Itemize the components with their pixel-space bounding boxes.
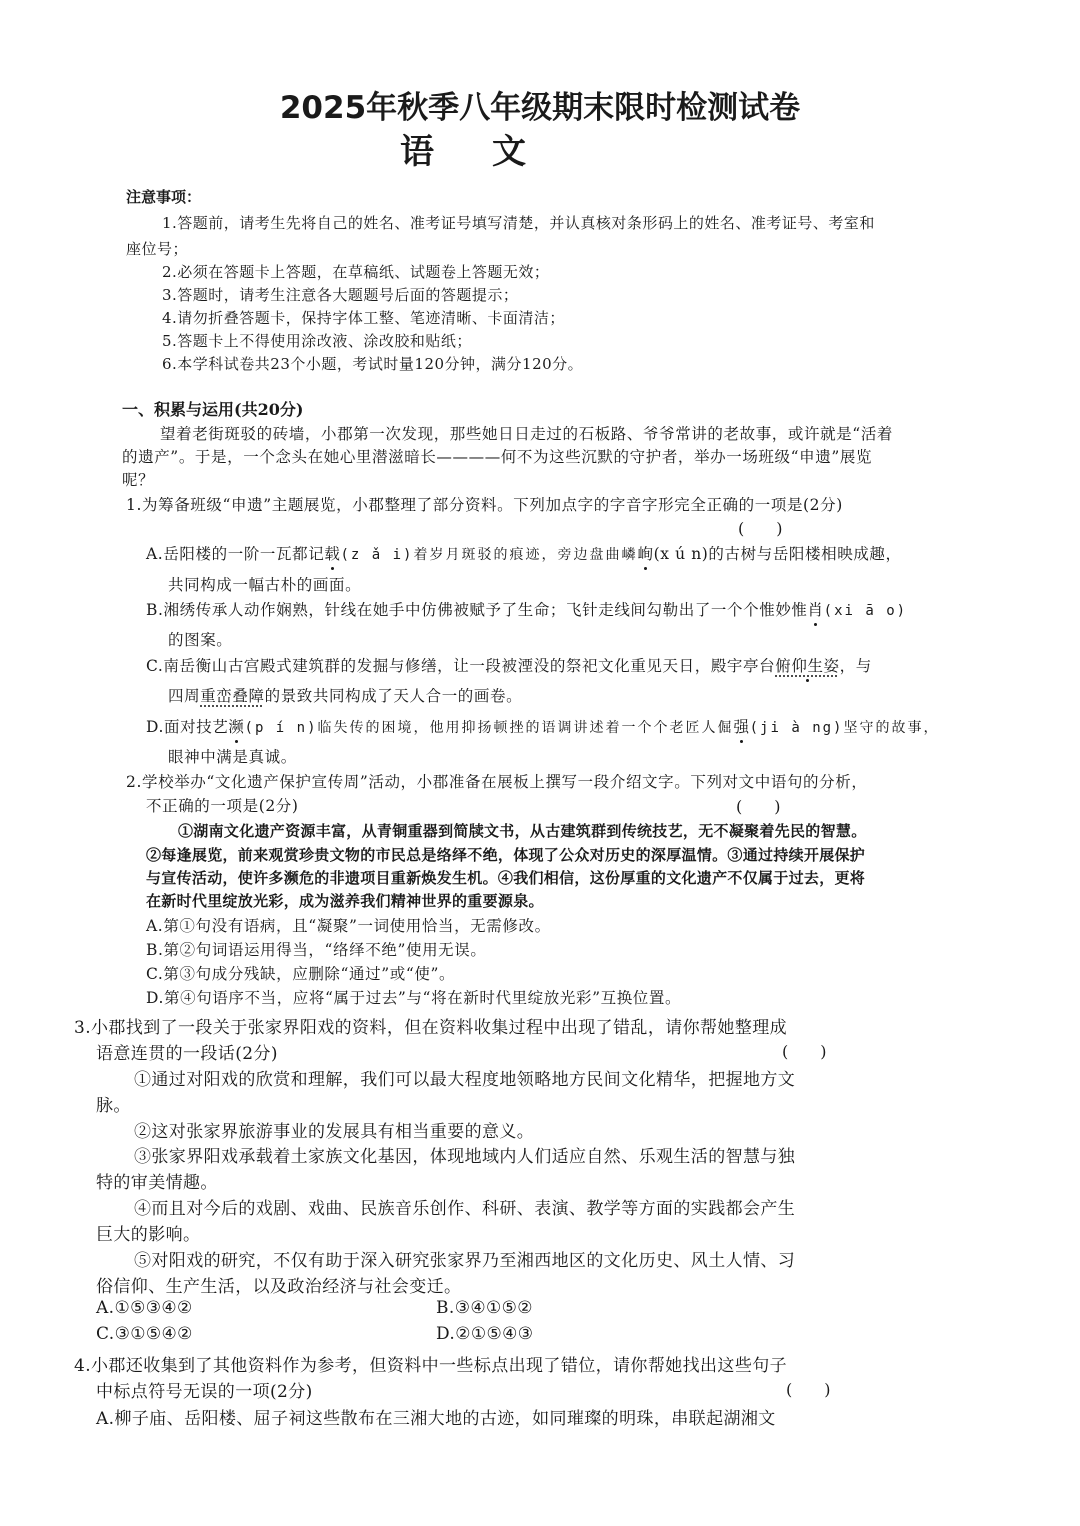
- q3-sentence-5-cont: 俗信仰、生产生活，以及政治经济与社会变迁。: [96, 1272, 461, 1297]
- q1-option-b-cont: 的图案。: [168, 628, 232, 650]
- q1-stem: 1.为筹备班级“申遗”主题展览，小郡整理了部分资料。下列加点字的字音字形完全正确…: [126, 493, 843, 515]
- q1-option-d: D.面对技艺濒(p í n)临失传的困境，他用抑扬顿挫的语调讲述着一个个老匠人倔…: [146, 715, 939, 737]
- intro-line-3: 呢？: [122, 468, 154, 490]
- q1-option-a-cont: 共同构成一幅古朴的画面。: [168, 573, 361, 595]
- dotted-char: 峋: [637, 542, 653, 564]
- subject-title: 语文: [400, 124, 526, 173]
- q3-sentence-5: ⑤对阳戏的研究，不仅有助于深入研究张家界乃至湘西地区的文化历史、风土人情、习: [134, 1246, 795, 1271]
- intro-line-2: 的遗产”。于是，一个念头在她心里潜滋暗长————何不为这些沉默的守护者，举办一场…: [122, 445, 872, 467]
- section-heading: 一、积累与运用(共20分): [122, 397, 303, 420]
- dotted-chars: 重峦叠障: [200, 687, 264, 705]
- notice-item-1-cont: 座位号；: [126, 238, 188, 259]
- q3-option-a: A.①⑤③④②: [96, 1298, 193, 1318]
- q4-stem: 4.小郡还收集到了其他资料作为参考，但资料中一些标点出现了错位，请你帮她找出这些…: [74, 1351, 787, 1376]
- q2-option-d: D.第④句语序不当，应将“属于过去”与“将在新时代里绽放光彩”互换位置。: [146, 986, 681, 1008]
- subject-char-2: 文: [492, 124, 526, 173]
- q2-stem-cont: 不正确的一项是(2分): [146, 794, 299, 816]
- notice-heading: 注意事项：: [126, 186, 201, 207]
- q1-option-d-cont: 眼神中满是真诚。: [168, 745, 297, 767]
- q4-answer-paren[interactable]: ( ): [786, 1377, 831, 1400]
- notice-item-1: 1.答题前，请考生先将自己的姓名、准考证号填写清楚，并认真核对条形码上的姓名、准…: [162, 212, 875, 233]
- q2-passage-line-2: ②每逢展览，前来观赏珍贵文物的市民总是络绎不绝，体现了公众对历史的深厚温情。③通…: [146, 844, 865, 865]
- q3-stem-cont: 语意连贯的一段话(2分): [96, 1039, 278, 1064]
- q2-stem: 2.学校举办“文化遗产保护宣传周”活动，小郡准备在展板上撰写一段介绍文字。下列对…: [126, 770, 867, 792]
- dotted-char: 濒: [228, 715, 244, 737]
- dotted-char: 载: [324, 542, 340, 564]
- q2-option-b: B.第②句词语运用得当，“络绎不绝”使用无误。: [146, 938, 486, 960]
- dotted-char: 强: [734, 715, 750, 737]
- q3-option-c: C.③①⑤④②: [96, 1324, 193, 1344]
- q1-answer-paren[interactable]: ( ): [738, 516, 783, 539]
- q3-stem: 3.小郡找到了一段关于张家界阳戏的资料，但在资料收集过程中出现了错乱，请你帮她整…: [74, 1013, 787, 1038]
- subject-char-1: 语: [400, 124, 434, 173]
- q4-option-a: A.柳子庙、岳阳楼、屈子祠这些散布在三湘大地的古迹，如同璀璨的明珠，串联起湖湘文: [96, 1404, 776, 1429]
- q1-option-c-cont: 四周重峦叠障的景致共同构成了天人合一的画卷。: [168, 684, 522, 706]
- dotted-char: 肖: [808, 598, 824, 620]
- q3-answer-paren[interactable]: ( ): [782, 1039, 827, 1062]
- q3-sentence-3-cont: 特的审美情趣。: [96, 1168, 218, 1193]
- intro-line-1: 望着老街斑驳的砖墙，小郡第一次发现，那些她日日走过的石板路、爷爷常讲的老故事，或…: [160, 422, 893, 444]
- q3-sentence-3: ③张家界阳戏承载着土家族文化基因，体现地域内人们适应自然、乐观生活的智慧与独: [134, 1142, 795, 1167]
- q1-option-b: B.湘绣传承人动作娴熟，针线在她手中仿佛被赋予了生命；飞针走线间勾勒出了一个个惟…: [146, 598, 907, 620]
- dotted-chars: 俯仰生姿: [775, 654, 839, 676]
- notice-item-4: 4.请勿折叠答题卡，保持字体工整、笔迹清晰、卡面清洁；: [162, 307, 565, 328]
- q2-passage-line-4: 在新时代里绽放光彩，成为滋养我们精神世界的重要源泉。: [146, 890, 544, 911]
- q3-sentence-4-cont: 巨大的影响。: [96, 1220, 200, 1245]
- notice-item-2: 2.必须在答题卡上答题，在草稿纸、试题卷上答题无效；: [162, 261, 549, 282]
- q3-sentence-1-cont: 脉。: [96, 1091, 131, 1116]
- notice-item-6: 6.本学科试卷共23个小题，考试时量120分钟，满分120分。: [162, 353, 583, 374]
- notice-item-5: 5.答题卡上不得使用涂改液、涂改胶和贴纸；: [162, 330, 472, 351]
- q3-option-b: B.③④①⑤②: [436, 1298, 533, 1318]
- q2-answer-paren[interactable]: ( ): [736, 794, 781, 817]
- q2-option-a: A.第①句没有语病，且“凝聚”一词使用恰当，无需修改。: [146, 914, 551, 936]
- q3-option-d: D.②①⑤④③: [436, 1324, 533, 1344]
- q3-sentence-4: ④而且对今后的戏剧、戏曲、民族音乐创作、科研、表演、教学等方面的实践都会产生: [134, 1194, 795, 1219]
- q3-sentence-1: ①通过对阳戏的欣赏和理解，我们可以最大程度地领略地方民间文化精华，把握地方文: [134, 1065, 795, 1090]
- exam-title: 2025年秋季八年级期末限时检测试卷: [0, 82, 1080, 127]
- q1-option-c: C.南岳衡山古宫殿式建筑群的发掘与修缮，让一段被湮没的祭祀文化重见天日，殿宇亭台…: [146, 654, 872, 676]
- q2-option-c: C.第③句成分残缺，应删除“通过”或“使”。: [146, 962, 455, 984]
- q1-option-a: A.岳阳楼的一阶一瓦都记载(z ǎ i)着岁月斑驳的痕迹，旁边盘曲嶙峋(x ú …: [146, 542, 902, 564]
- q2-passage-line-1: ①湖南文化遗产资源丰富，从青铜重器到简牍文书，从古建筑群到传统技艺，无不凝聚着先…: [178, 820, 867, 841]
- q4-stem-cont: 中标点符号无误的一项(2分): [96, 1377, 313, 1402]
- q3-sentence-2: ②这对张家界旅游事业的发展具有相当重要的意义。: [134, 1117, 534, 1142]
- q2-passage-line-3: 与宣传活动，使许多濒危的非遗项目重新焕发生机。④我们相信，这份厚重的文化遗产不仅…: [146, 867, 865, 888]
- notice-item-3: 3.答题时，请考生注意各大题题号后面的答题提示；: [162, 284, 518, 305]
